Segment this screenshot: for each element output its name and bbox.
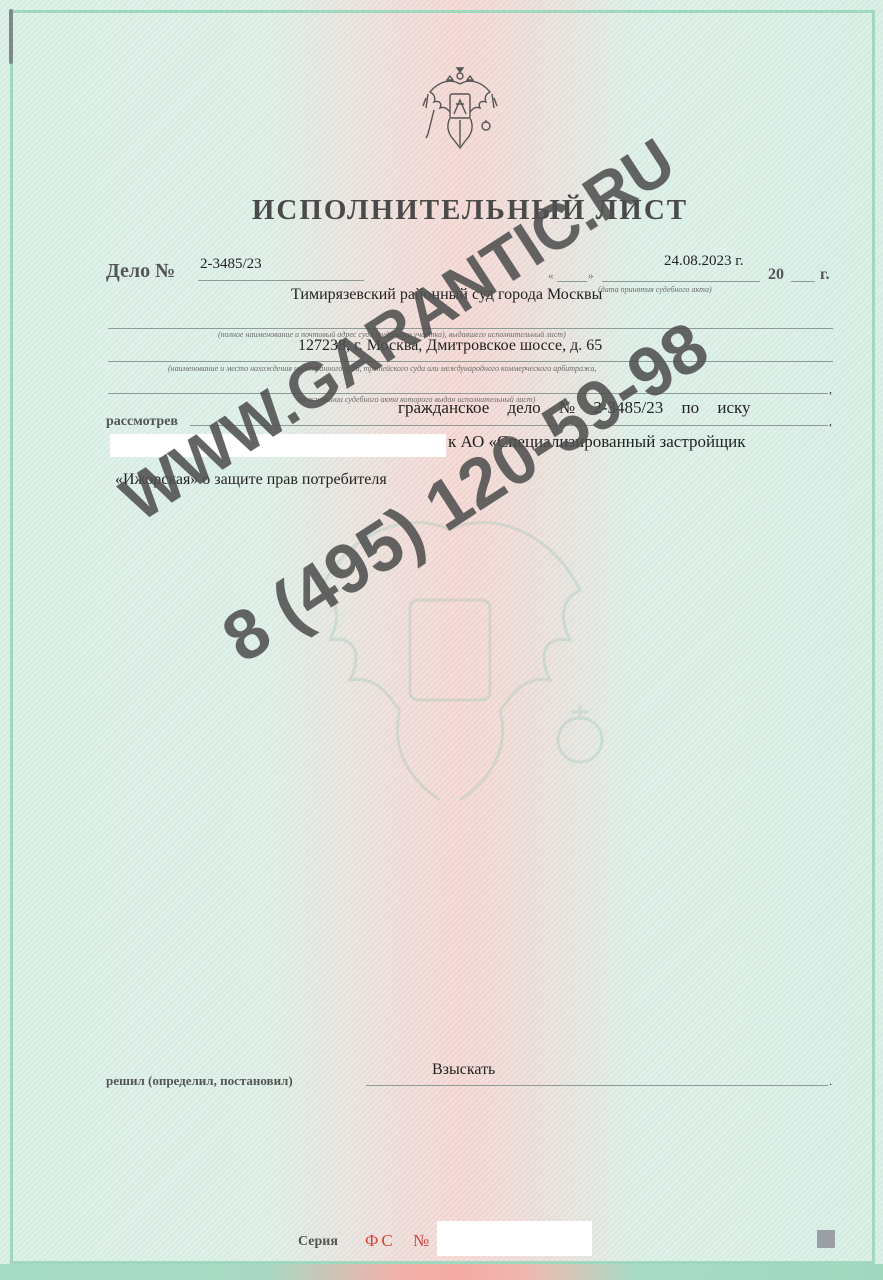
comma-mark-2: , xyxy=(829,414,832,429)
staple-mark xyxy=(9,9,13,64)
court-line-2 xyxy=(108,361,833,362)
date-caption: (дата принятия судебного акта) xyxy=(598,285,712,294)
court-line-1 xyxy=(108,328,833,329)
bottom-band xyxy=(0,1264,883,1280)
document-page: ИСПОЛНИТЕЛЬНЫЙ ЛИСТ Дело № 2-3485/23 24.… xyxy=(0,0,883,1280)
series-label: Серия xyxy=(298,1234,338,1250)
date-quote-close: » xyxy=(588,270,594,282)
comma-mark: , xyxy=(829,382,832,397)
decided-line xyxy=(366,1085,828,1086)
case-number: 2-3485/23 xyxy=(200,256,262,273)
coat-of-arms-icon xyxy=(420,64,500,154)
case-label: Дело № xyxy=(106,260,175,283)
series-value: ФС xyxy=(365,1231,396,1251)
day-line xyxy=(557,281,587,282)
year-prefix: 20 xyxy=(768,266,784,284)
date-value: 24.08.2023 г. xyxy=(664,253,743,270)
number-sign: № xyxy=(413,1231,429,1251)
year-line xyxy=(791,281,815,282)
redacted-series-number xyxy=(437,1221,592,1256)
considered-label: рассмотрев xyxy=(106,414,178,430)
court-line-3 xyxy=(108,393,828,394)
period-mark: . xyxy=(829,1074,832,1089)
year-suffix: г. xyxy=(820,266,829,284)
watermark-website: WWW.GARANTIC.RU xyxy=(108,123,688,536)
month-line xyxy=(602,281,760,282)
decided-label: решил (определил, постановил) xyxy=(106,1073,293,1089)
document-title: ИСПОЛНИТЕЛЬНЫЙ ЛИСТ xyxy=(0,194,883,227)
case-number-line xyxy=(198,280,364,281)
corner-marker xyxy=(817,1230,835,1248)
decided-text: Взыскать xyxy=(432,1061,495,1079)
